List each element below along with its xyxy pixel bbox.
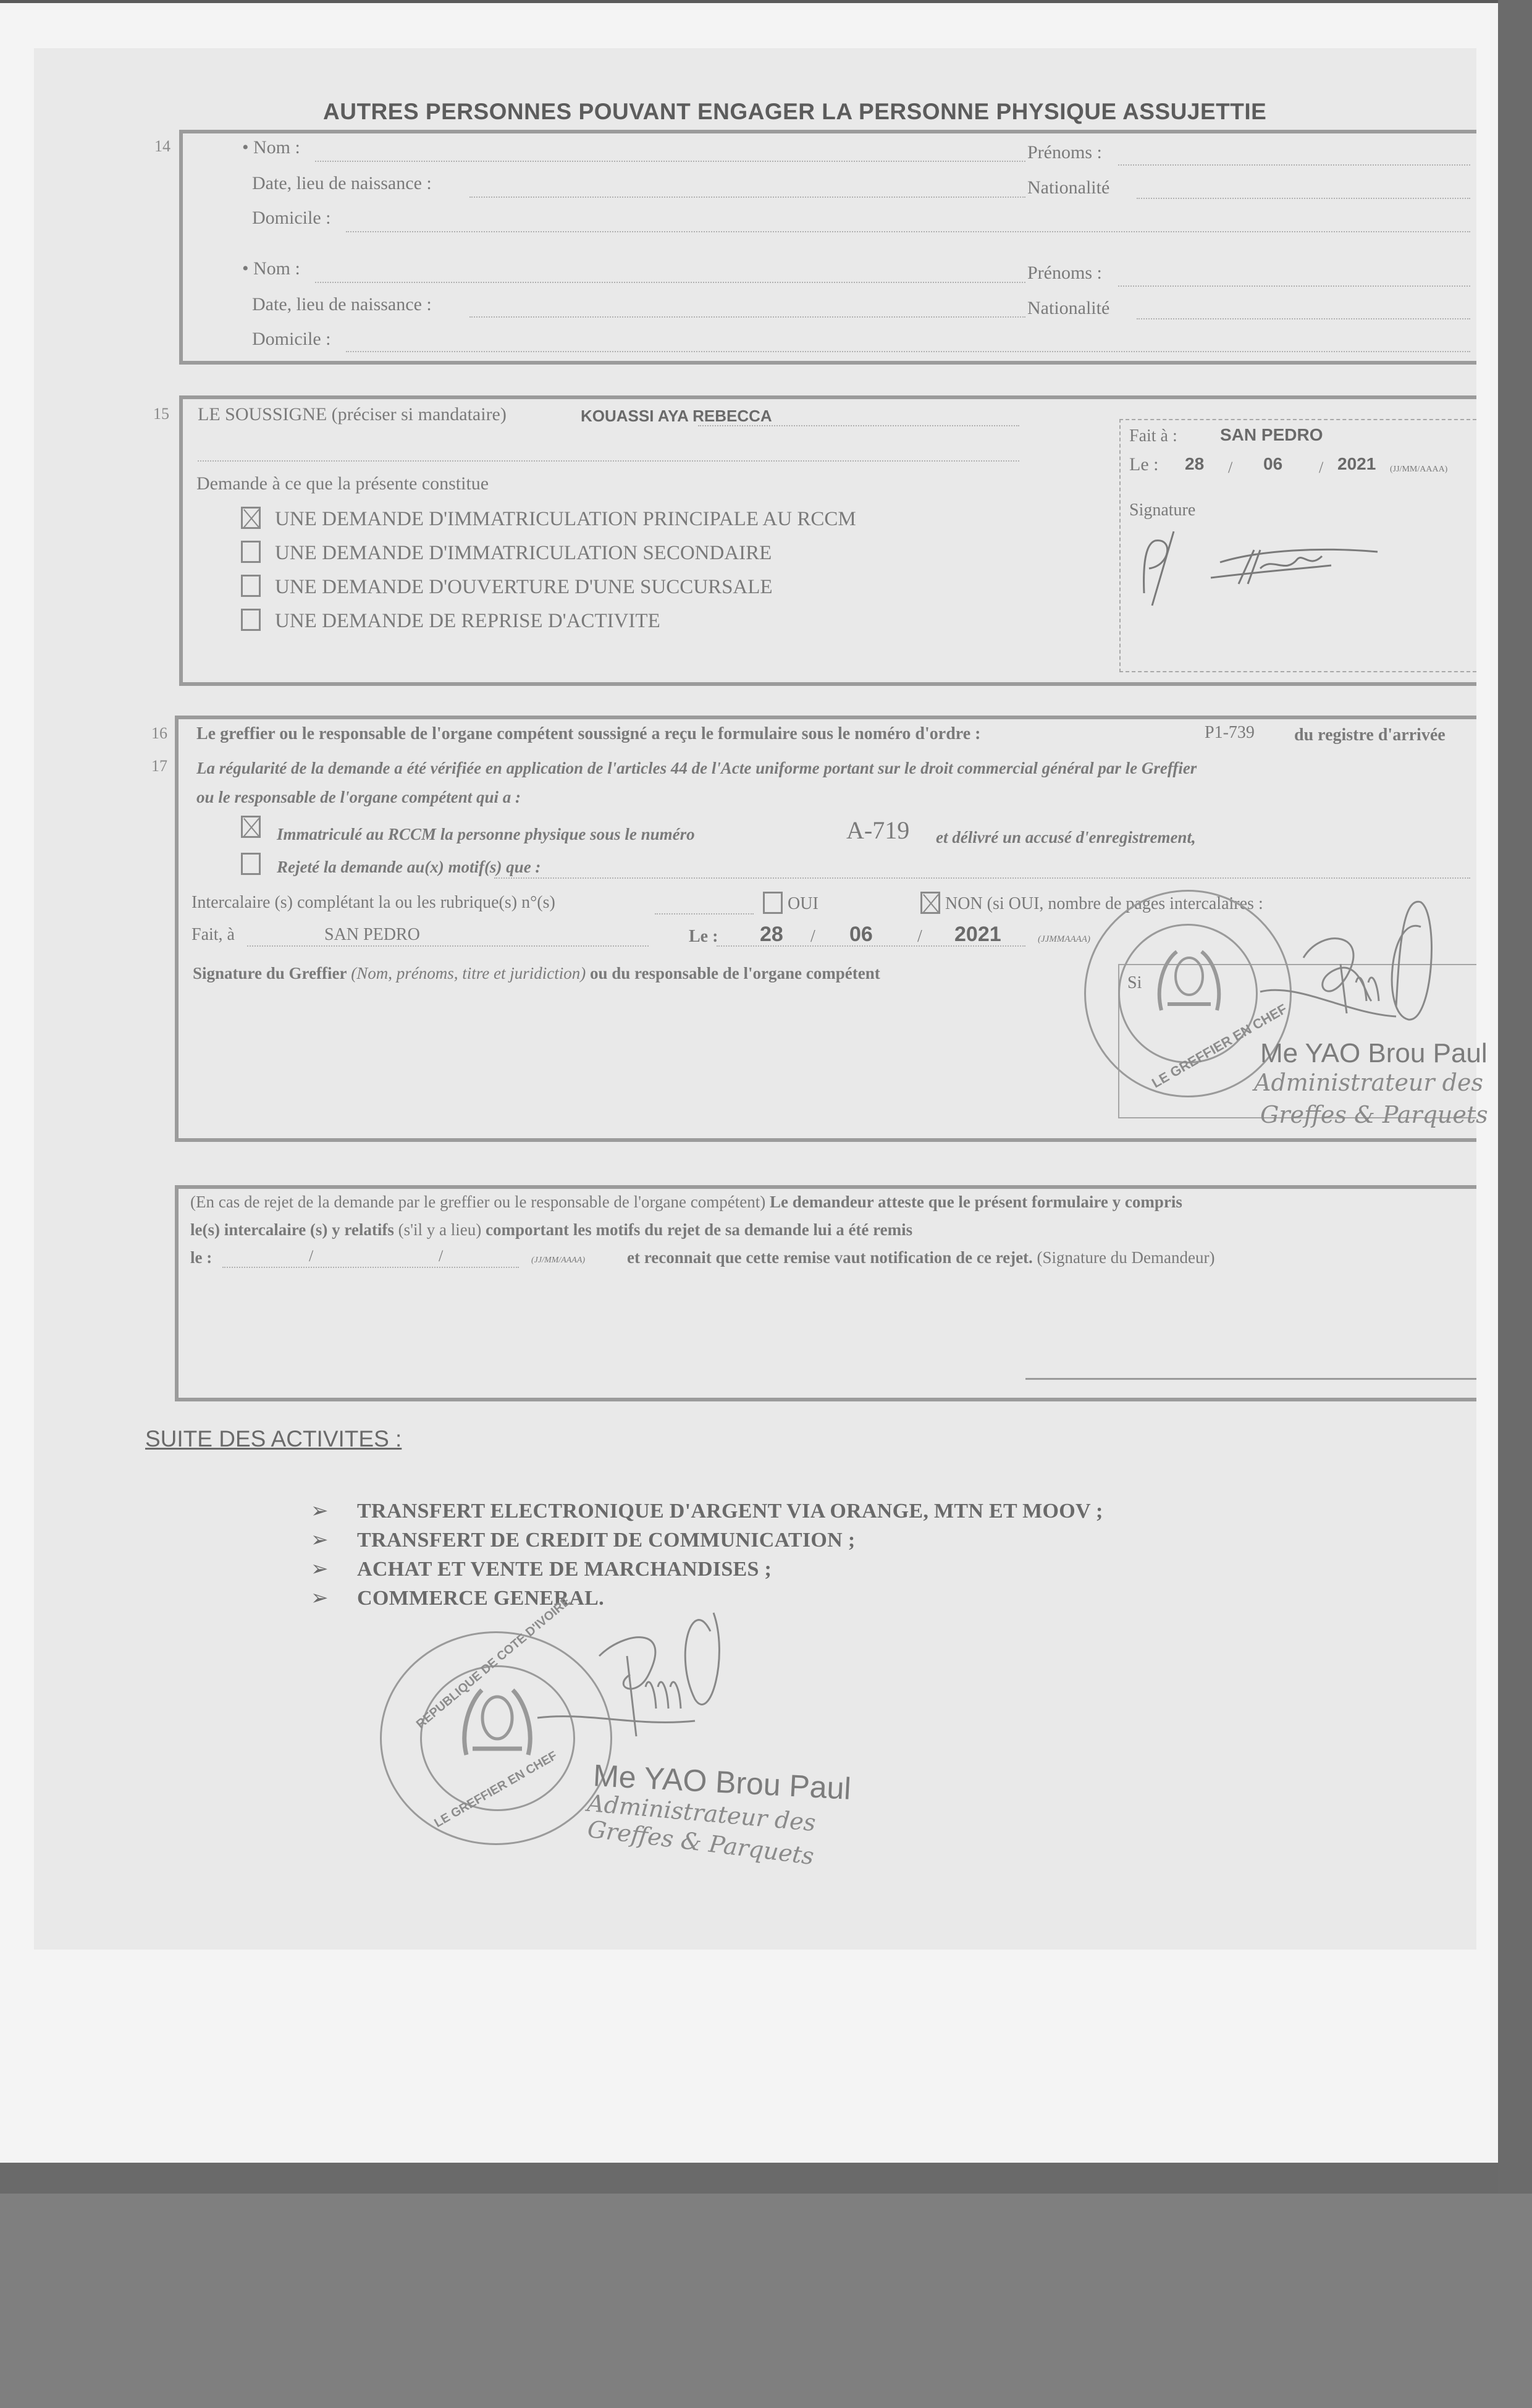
rejection-line-3-normal: (Signature du Demandeur) xyxy=(1037,1248,1215,1267)
activity-item: TRANSFERT ELECTRONIQUE D'ARGENT VIA ORAN… xyxy=(357,1500,1103,1523)
nom-label: • Nom : xyxy=(242,258,300,279)
rccm-number[interactable]: A-719 xyxy=(846,816,909,845)
rejection-line-1-normal: (En cas de rejet de la demande par le gr… xyxy=(190,1193,765,1211)
rejection-box xyxy=(175,1185,1476,1401)
nom-label: • Nom : xyxy=(242,137,300,158)
signature-greffier-end: ou du responsable de l'organe compétent xyxy=(590,964,880,982)
naissance-label: Date, lieu de naissance : xyxy=(252,294,432,315)
intercalaire-label: Intercalaire (s) complétant la ou les ru… xyxy=(192,893,555,913)
checkbox-ouverture-succursale[interactable] xyxy=(241,575,261,597)
domicile-label: Domicile : xyxy=(252,208,330,229)
prenoms-field[interactable] xyxy=(1118,164,1470,166)
date-month[interactable]: 06 xyxy=(849,923,873,947)
activity-item: ACHAT ET VENTE DE MARCHANDISES ; xyxy=(357,1558,772,1581)
rejection-le-label: le : xyxy=(190,1248,212,1267)
nationalite-label: Nationalité xyxy=(1027,298,1109,319)
section-number: 16 xyxy=(151,724,167,743)
rejection-line-2: le(s) intercalaire (s) y relatifs (s'il … xyxy=(190,1220,912,1240)
date-month[interactable]: 06 xyxy=(1263,454,1282,474)
rubrique-field[interactable] xyxy=(655,913,754,915)
le-label: Le : xyxy=(1129,454,1158,475)
immatricule-suffix: et délivré un accusé d'enregistrement, xyxy=(936,828,1196,847)
date-year[interactable]: 2021 xyxy=(954,923,1001,947)
option-label: UNE DEMANDE D'IMMATRICULATION SECONDAIRE xyxy=(275,542,772,565)
checkbox-immatriculation-principale[interactable] xyxy=(241,507,261,529)
rejection-line-3: et reconnait que cette remise vaut notif… xyxy=(627,1248,1214,1267)
rejete-motif-field[interactable] xyxy=(494,877,1470,879)
date-separator: / xyxy=(309,1247,313,1265)
ordre-number[interactable]: P1-739 xyxy=(1205,723,1255,743)
bullet-arrow-icon: ➢ xyxy=(311,1527,329,1552)
date-line xyxy=(717,945,1025,947)
soussigne-value[interactable]: KOUASSI AYA REBECCA xyxy=(581,407,772,426)
domicile-field[interactable] xyxy=(346,351,1470,352)
prenoms-label: Prénoms : xyxy=(1027,142,1102,163)
prenoms-field[interactable] xyxy=(1118,285,1470,287)
option-label: UNE DEMANDE D'IMMATRICULATION PRINCIPALE… xyxy=(275,508,856,531)
section-number: 14 xyxy=(154,137,170,156)
naissance-field[interactable] xyxy=(469,316,1025,318)
fait-a-label: Fait à : xyxy=(1129,426,1177,446)
date-format-hint: (JJ/MM/AAAA) xyxy=(531,1256,585,1265)
date-day[interactable]: 28 xyxy=(760,923,783,947)
option-label: UNE DEMANDE D'OUVERTURE D'UNE SUCCURSALE xyxy=(275,576,773,599)
checkbox-oui[interactable] xyxy=(763,892,783,914)
date-format-hint: (JJMMAAAA) xyxy=(1038,934,1090,945)
bullet-arrow-icon: ➢ xyxy=(311,1498,329,1523)
date-separator: / xyxy=(1228,458,1232,477)
rejection-line-2-bold-a: le(s) intercalaire (s) y relatifs xyxy=(190,1220,394,1239)
fait-a-label: Fait, à xyxy=(192,925,235,945)
bullet-arrow-icon: ➢ xyxy=(311,1586,329,1610)
activities-heading: SUITE DES ACTIVITES : xyxy=(145,1426,402,1452)
checkbox-non[interactable] xyxy=(920,892,940,914)
page-title: AUTRES PERSONNES POUVANT ENGAGER LA PERS… xyxy=(323,99,1266,125)
immatricule-label: Immatriculé au RCCM la personne physique… xyxy=(277,825,695,844)
nationalite-field[interactable] xyxy=(1137,318,1470,319)
signature-greffier-italic: (Nom, prénoms, titre et juridiction) xyxy=(351,964,586,982)
soussigne-field-line-2 xyxy=(198,460,1019,462)
registre-text: du registre d'arrivée xyxy=(1294,725,1446,745)
regularite-text: La régularité de la demande a été vérifi… xyxy=(196,759,1197,778)
fait-a-line xyxy=(247,945,649,947)
rejection-line-1-bold: Le demandeur atteste que le présent form… xyxy=(770,1193,1182,1211)
bullet-arrow-icon: ➢ xyxy=(311,1557,329,1581)
section-number: 17 xyxy=(151,757,167,775)
checkbox-rejete[interactable] xyxy=(241,853,261,875)
scan-edge xyxy=(0,0,1498,3)
signature-label: Signature xyxy=(1129,501,1195,520)
applicant-signature-icon xyxy=(1137,519,1396,618)
official-signature-icon xyxy=(587,1594,747,1755)
demande-label: Demande à ce que la présente constitue xyxy=(196,473,489,494)
official-name: Me YAO Brou Paul xyxy=(1260,1038,1488,1069)
nom-field[interactable] xyxy=(315,161,1025,162)
rejection-line-2-bold-b: comportant les motifs du rejet de sa dem… xyxy=(486,1220,912,1239)
le-label: Le : xyxy=(689,927,718,947)
signature-greffier-label: Signature du Greffier (Nom, prénoms, tit… xyxy=(193,964,880,983)
checkbox-immatricule[interactable] xyxy=(241,816,261,838)
nationalite-field[interactable] xyxy=(1137,198,1470,199)
scanner-background-right xyxy=(1498,0,1532,2194)
coat-of-arms-icon xyxy=(1149,942,1229,1023)
scanner-background-bottom xyxy=(0,2163,1532,2194)
rejection-date-field[interactable] xyxy=(222,1267,519,1268)
nom-field[interactable] xyxy=(315,282,1025,283)
date-separator: / xyxy=(439,1247,443,1265)
section-number: 15 xyxy=(153,405,169,423)
rejection-line-1: (En cas de rejet de la demande par le gr… xyxy=(190,1193,1182,1212)
soussigne-label: LE SOUSSIGNE (préciser si mandataire) xyxy=(198,404,507,425)
prenoms-label: Prénoms : xyxy=(1027,263,1102,284)
nationalite-label: Nationalité xyxy=(1027,177,1109,198)
rejection-line-2-normal: (s'il y a lieu) xyxy=(398,1220,482,1239)
rejection-line-3-bold: et reconnait que cette remise vaut notif… xyxy=(627,1248,1033,1267)
signature-greffier-bold: Signature du Greffier xyxy=(193,964,347,982)
date-separator: / xyxy=(810,927,815,947)
date-format-hint: (JJ/MM/AAAA) xyxy=(1390,465,1447,475)
date-separator: / xyxy=(917,927,922,947)
domicile-label: Domicile : xyxy=(252,329,330,350)
naissance-field[interactable] xyxy=(469,196,1025,198)
date-year[interactable]: 2021 xyxy=(1337,454,1376,474)
date-day[interactable]: 28 xyxy=(1185,454,1204,474)
greffier-signature-icon xyxy=(1297,890,1458,1050)
regularite-text-2: ou le responsable de l'organe compétent … xyxy=(196,788,521,807)
date-separator: / xyxy=(1319,458,1323,477)
checkbox-immatriculation-secondaire[interactable] xyxy=(241,541,261,563)
fait-a-value[interactable]: SAN PEDRO xyxy=(324,925,420,945)
official-title-line-2: Greffes & Parquets xyxy=(1260,1101,1488,1128)
oui-label: OUI xyxy=(788,894,819,914)
greffier-reception-text: Le greffier ou le responsable de l'organ… xyxy=(196,724,980,744)
checkbox-reprise-activite[interactable] xyxy=(241,609,261,631)
soussigne-field-line xyxy=(698,425,1019,426)
official-title-line-1: Administrateur des xyxy=(1254,1069,1483,1096)
naissance-label: Date, lieu de naissance : xyxy=(252,173,432,194)
demandeur-signature-line[interactable] xyxy=(1025,1378,1476,1380)
option-label: UNE DEMANDE DE REPRISE D'ACTIVITE xyxy=(275,610,660,633)
domicile-field[interactable] xyxy=(346,231,1470,232)
fait-a-value[interactable]: SAN PEDRO xyxy=(1220,425,1323,445)
activity-item: TRANSFERT DE CREDIT DE COMMUNICATION ; xyxy=(357,1529,855,1552)
rejete-label: Rejeté la demande au(x) motif(s) que : xyxy=(277,858,541,877)
